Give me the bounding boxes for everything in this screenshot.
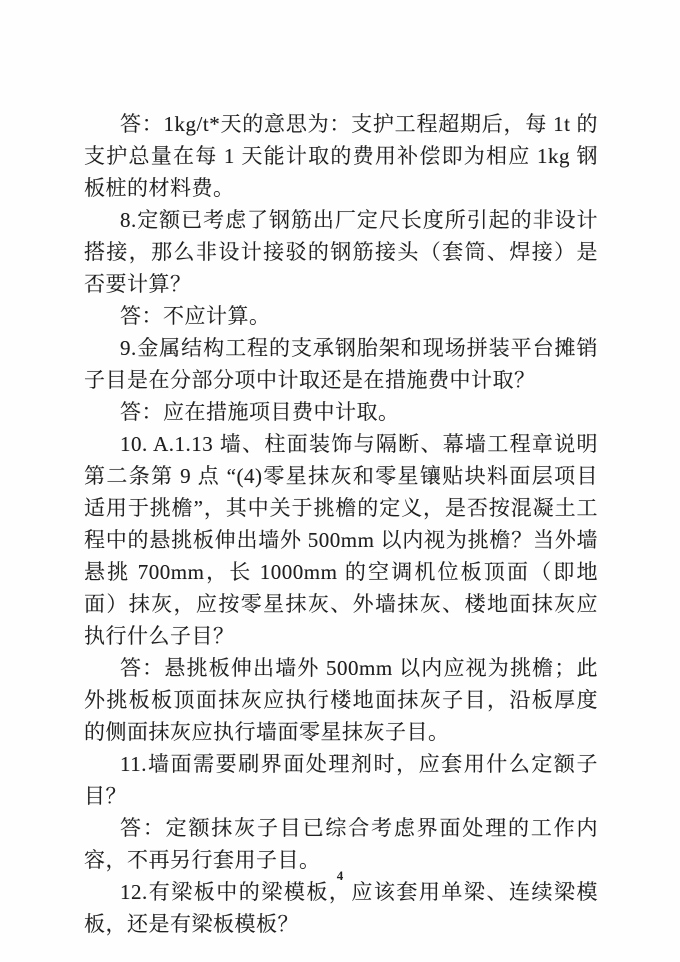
- question-paragraph-8: 8.定额已考虑了钢筋出厂定尺长度所引起的非设计搭接，那么非设计接驳的钢筋接头（套…: [84, 204, 598, 300]
- answer-paragraph-11: 答：定额抹灰子目已综合考虑界面处理的工作内容，不再另行套用子目。: [84, 812, 598, 876]
- question-paragraph-9: 9.金属结构工程的支承钢胎架和现场拼装平台摊销子目是在分部分项中计取还是在措施费…: [84, 332, 598, 396]
- text-block: 答：1kg/t*天的意思为：支护工程超期后，每 1t 的支护总量在每 1 天能计…: [84, 108, 598, 940]
- answer-paragraph-7: 答：1kg/t*天的意思为：支护工程超期后，每 1t 的支护总量在每 1 天能计…: [84, 108, 598, 204]
- question-paragraph-10: 10. A.1.13 墙、柱面装饰与隔断、幕墙工程章说明第二条第 9 点 “(4…: [84, 428, 598, 652]
- document-page: 答：1kg/t*天的意思为：支护工程超期后，每 1t 的支护总量在每 1 天能计…: [0, 0, 680, 962]
- answer-paragraph-10: 答：悬挑板伸出墙外 500mm 以内应视为挑檐；此外挑板板顶面抹灰应执行楼地面抹…: [84, 652, 598, 748]
- page-number: 4: [0, 868, 680, 884]
- question-paragraph-11: 11.墙面需要刷界面处理剂时，应套用什么定额子目？: [84, 748, 598, 812]
- answer-paragraph-8: 答：不应计算。: [84, 300, 598, 332]
- question-paragraph-12: 12.有梁板中的梁模板，应该套用单梁、连续梁模板，还是有梁板模板？: [84, 876, 598, 940]
- answer-paragraph-9: 答：应在措施项目费中计取。: [84, 396, 598, 428]
